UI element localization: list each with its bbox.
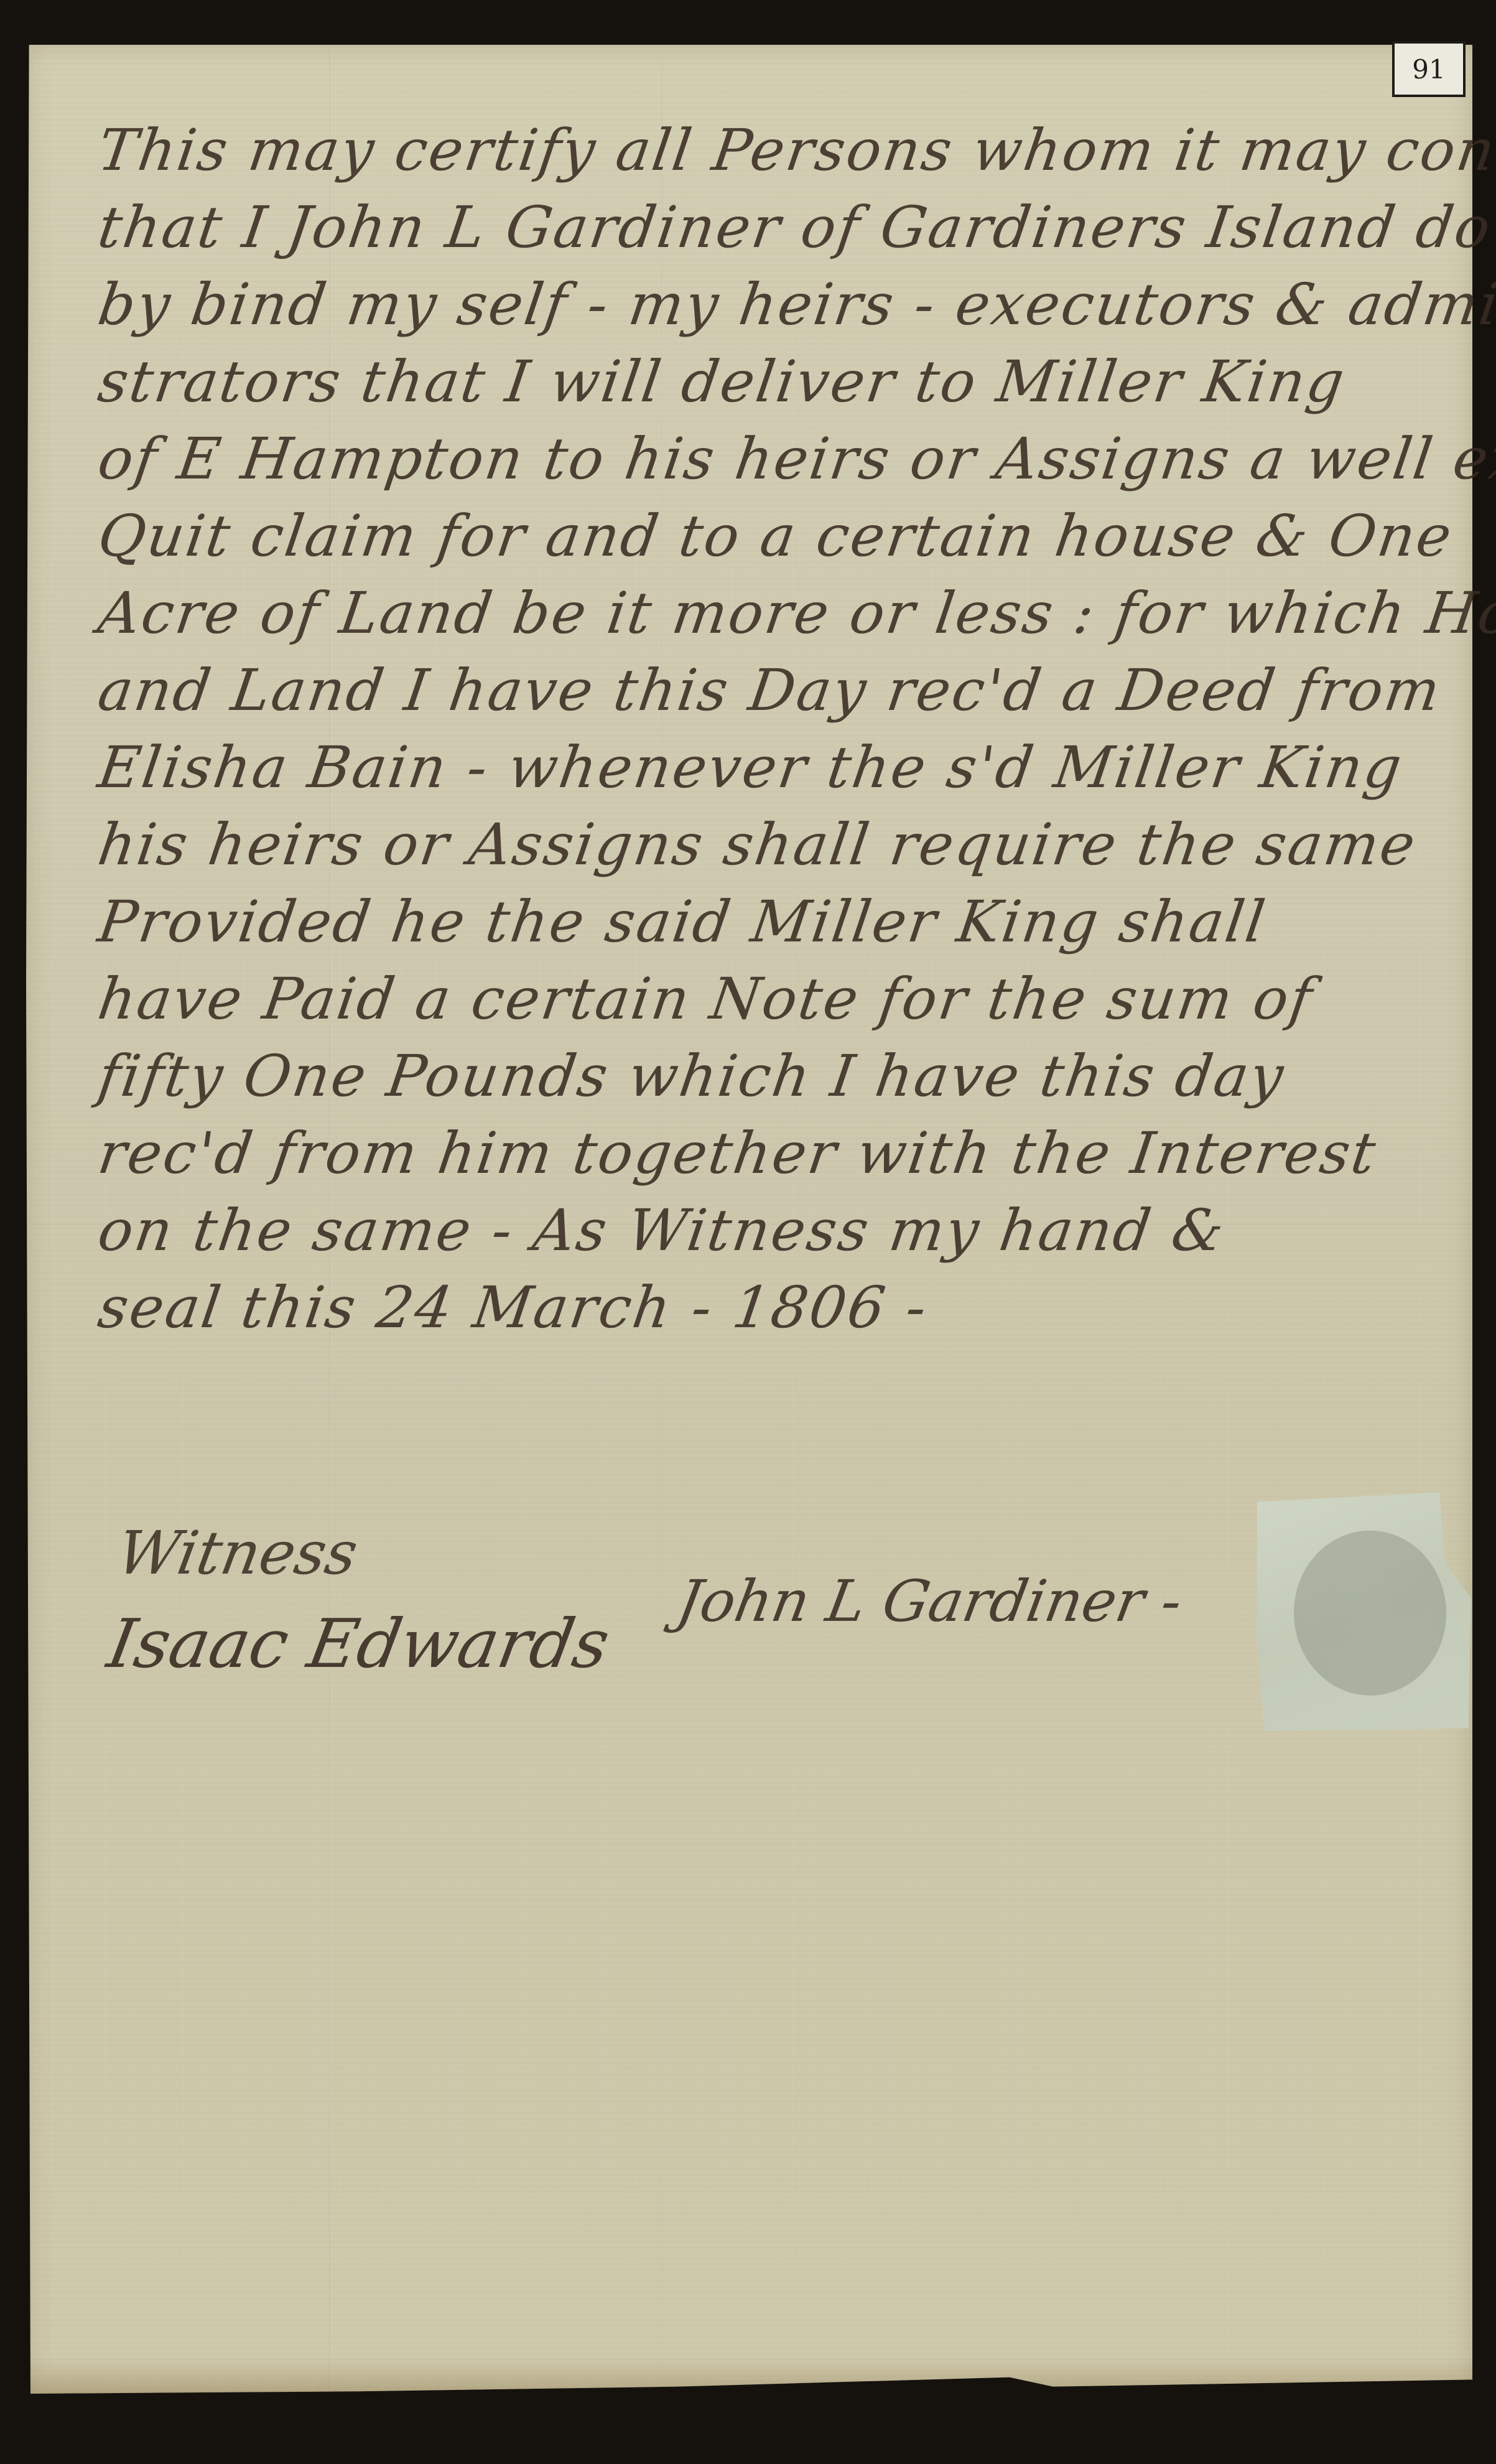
- text-line: his heirs or Assigns shall require the s…: [93, 806, 1423, 884]
- text-line: by bind my self - my heirs - executors &…: [93, 266, 1423, 343]
- document-body: This may certify all Persons whom it may…: [93, 112, 1412, 1346]
- text-line: have Paid a certain Note for the sum of: [93, 961, 1423, 1038]
- page-number-box: 91: [1392, 41, 1466, 97]
- text-line: This may certify all Persons whom it may…: [93, 112, 1423, 189]
- witness-signature: Isaac Edwards: [102, 1605, 615, 1683]
- text-line: seal this 24 March - 1806 -: [93, 1269, 1423, 1346]
- text-line: on the same - As Witness my hand &: [93, 1192, 1423, 1269]
- text-line: of E Hampton to his heirs or Assigns a w…: [93, 421, 1423, 498]
- text-line: fifty One Pounds which I have this day: [93, 1038, 1423, 1115]
- text-line: strators that I will deliver to Miller K…: [93, 343, 1423, 421]
- paper-seal-icon: [1255, 1492, 1472, 1732]
- witness-label: Witness: [112, 1518, 363, 1588]
- seal-impression: [1293, 1529, 1447, 1696]
- text-line: rec'd from him together with the Interes…: [93, 1115, 1423, 1192]
- text-line: and Land I have this Day rec'd a Deed fr…: [93, 652, 1423, 729]
- signatory-signature: John L Gardiner -: [672, 1568, 1187, 1635]
- text-line: Elisha Bain - whenever the s'd Miller Ki…: [93, 729, 1423, 806]
- page-number: 91: [1412, 54, 1445, 85]
- text-line: Provided he the said Miller King shall: [93, 884, 1423, 961]
- text-line: Acre of Land be it more or less : for wh…: [93, 575, 1423, 652]
- text-line: that I John L Gardiner of Gardiners Isla…: [93, 189, 1423, 266]
- text-line: Quit claim for and to a certain house & …: [93, 498, 1423, 575]
